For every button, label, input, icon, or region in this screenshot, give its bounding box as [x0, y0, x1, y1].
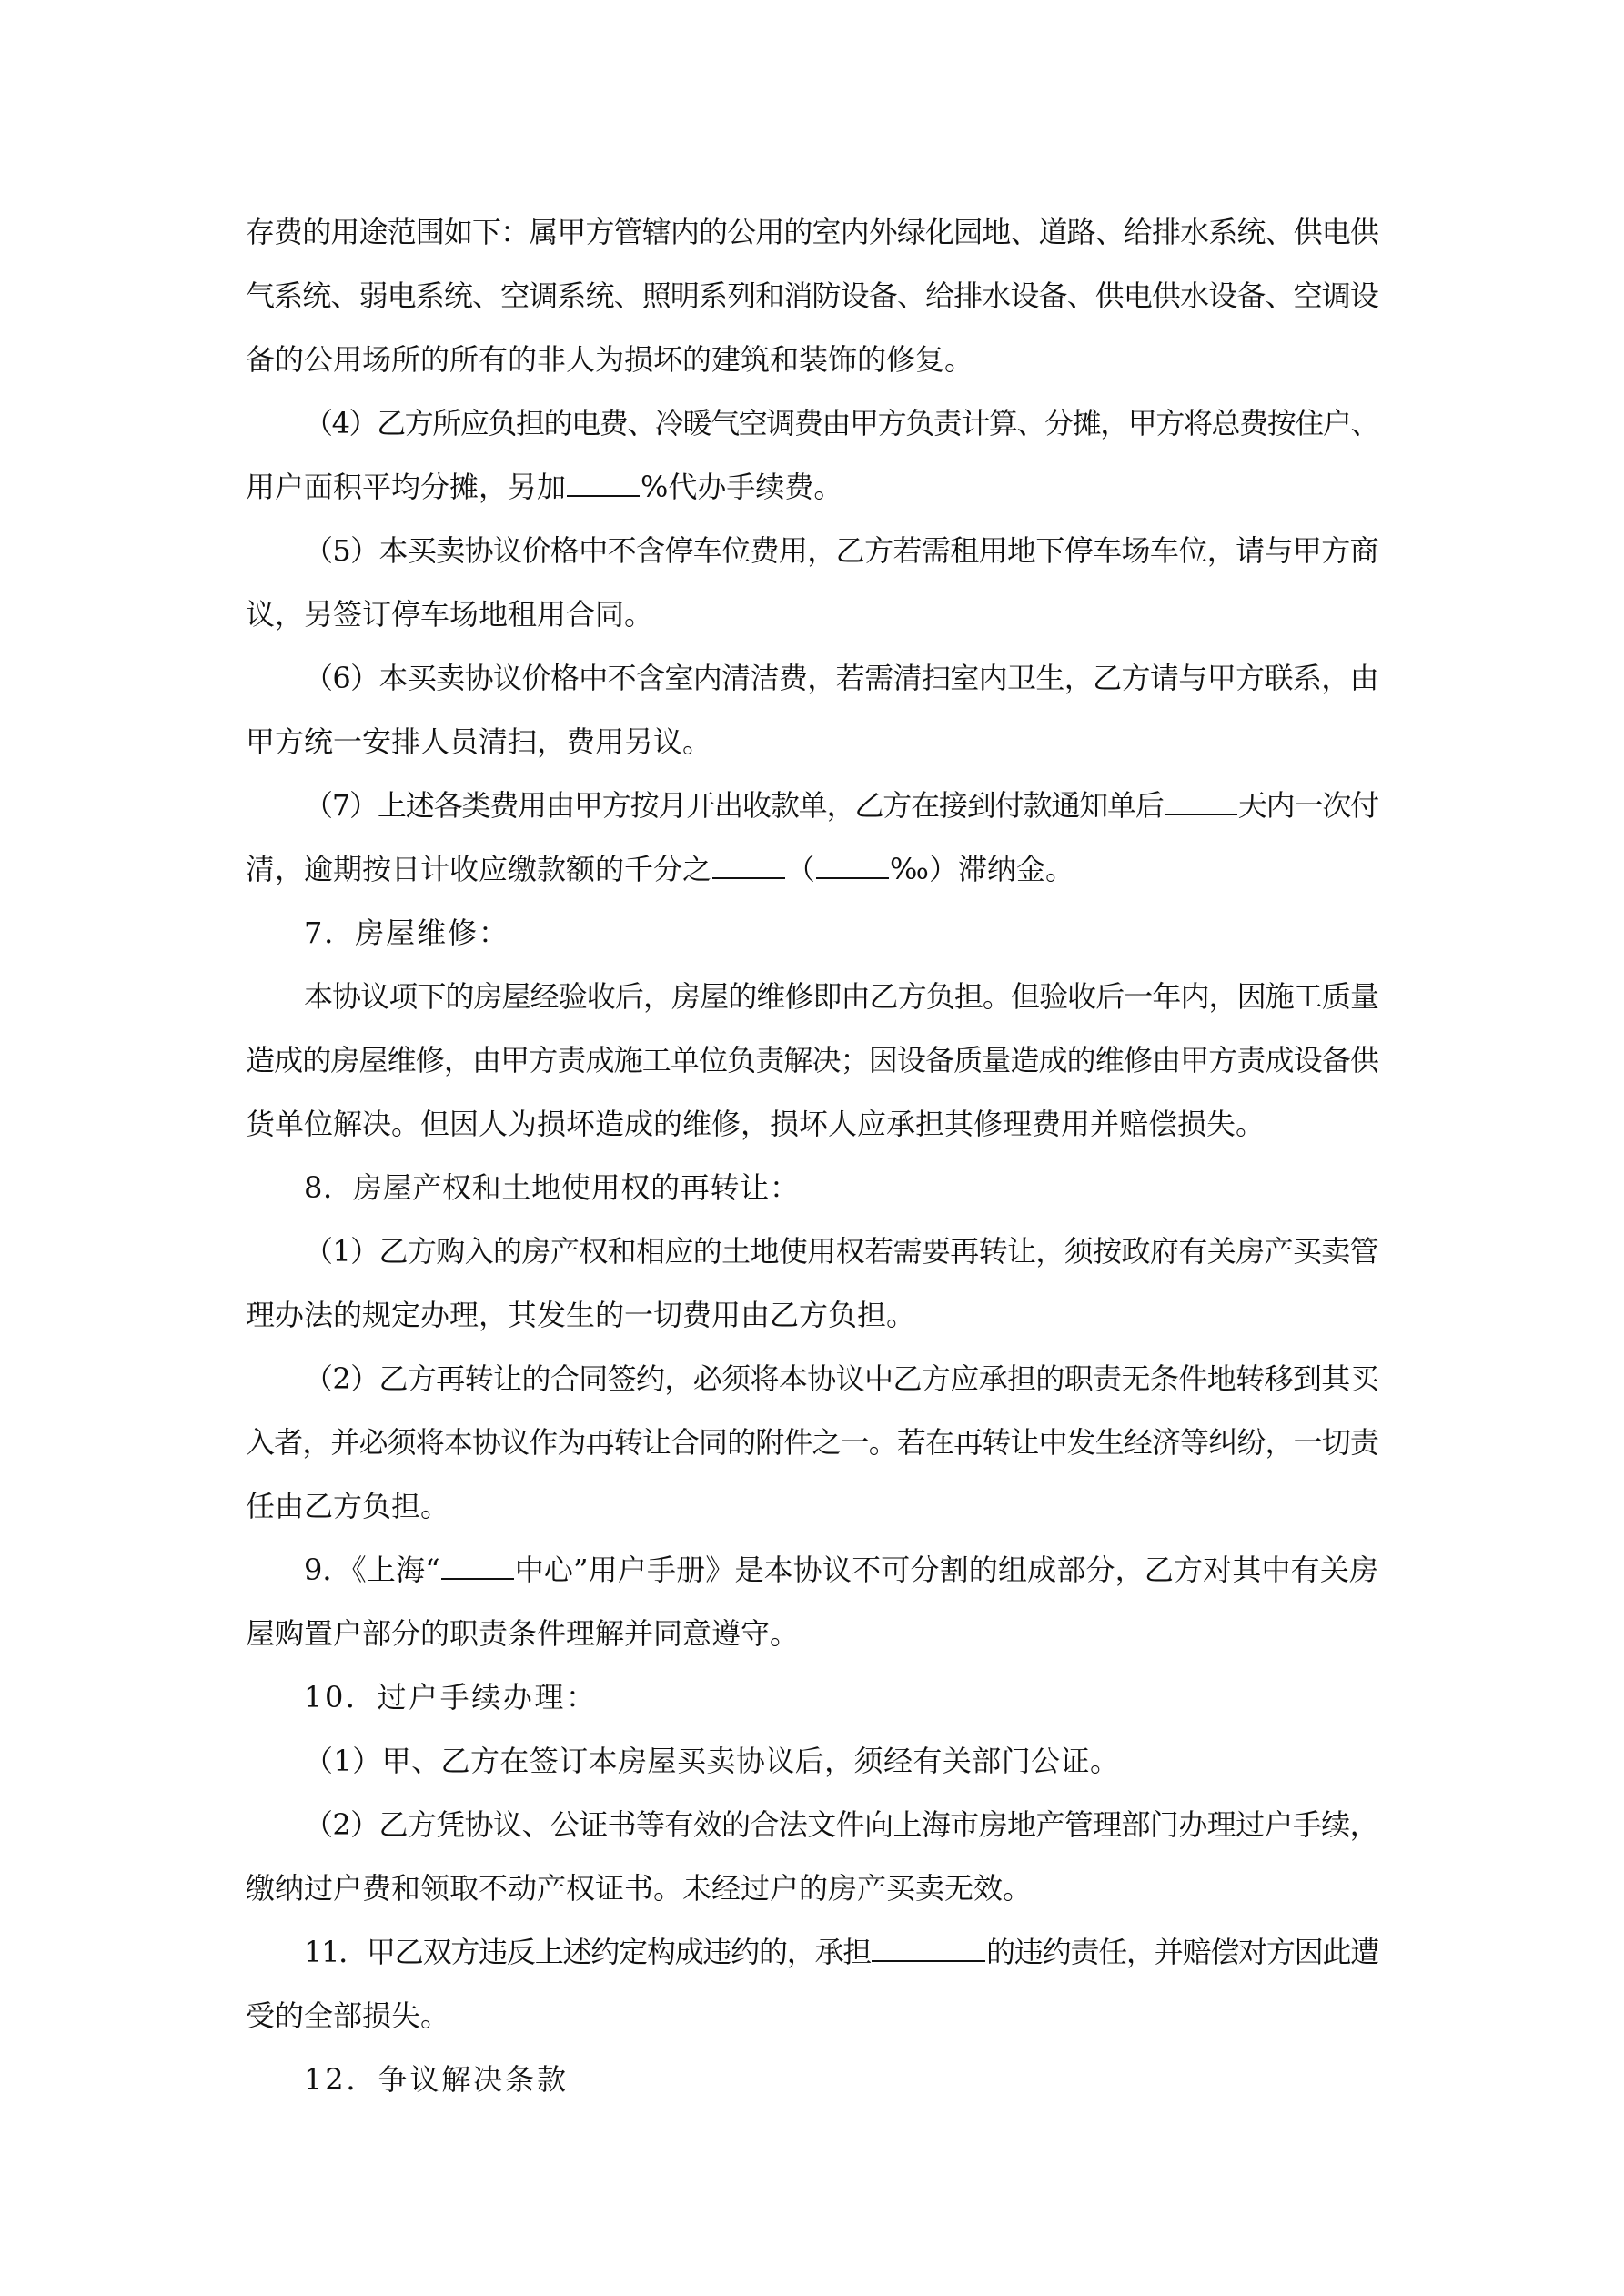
document-line: （4）乙方所应负担的电费、冷暖气空调费由甲方负责计算、分摊，甲方将总费按住户、 — [246, 391, 1378, 455]
document-line: 存费的用途范围如下：属甲方管辖内的公用的室内外绿化园地、道路、给排水系统、供电供 — [246, 200, 1378, 264]
line-text: （7）上述各类费用由甲方按月开出收款单，乙方在接到付款通知单后 — [304, 788, 1164, 823]
line-text: （1）乙方购入的房产权和相应的土地使用权若需要再转让，须按政府有关房产买卖管 — [304, 1234, 1378, 1269]
line-text: 的违约责任，并赔偿对方因此遭 — [986, 1935, 1378, 1969]
line-text: 7．房屋维修： — [304, 915, 509, 950]
line-text: （1）甲、乙方在签订本房屋买卖协议后，须经有关部门公证。 — [304, 1744, 1119, 1778]
document-line: 11．甲乙双方违反上述约定构成违约的，承担的违约责任，并赔偿对方因此遭 — [246, 1920, 1378, 1984]
line-text: （4）乙方所应负担的电费、冷暖气空调费由甲方负责计算、分摊，甲方将总费按住户、 — [304, 406, 1378, 440]
line-text: %代办手续费。 — [641, 470, 842, 504]
document-line: （7）上述各类费用由甲方按月开出收款单，乙方在接到付款通知单后天内一次付 — [246, 774, 1378, 837]
line-text: （2）乙方凭协议、公证书等有效的合法文件向上海市房地产管理部门办理过户手续， — [304, 1807, 1378, 1842]
document-line: 议，另签订停车场地租用合同。 — [246, 582, 1378, 646]
document-line: 12．争议解决条款 — [246, 2048, 1378, 2111]
line-text: 造成的房屋维修，由甲方责成施工单位负责解决；因设备质量造成的维修由甲方责成设备供 — [246, 1043, 1378, 1077]
document-line: （2）乙方凭协议、公证书等有效的合法文件向上海市房地产管理部门办理过户手续， — [246, 1793, 1378, 1856]
line-text: 用户面积平均分摊，另加 — [246, 470, 566, 504]
line-text: （2）乙方再转让的合同签约，必须将本协议中乙方应承担的职责无条件地转移到其买 — [304, 1361, 1378, 1396]
document-line: 7．房屋维修： — [246, 901, 1378, 965]
line-text: 清，逾期按日计收应缴款额的千分之 — [246, 852, 711, 886]
line-text: 存费的用途范围如下：属甲方管辖内的公用的室内外绿化园地、道路、给排水系统、供电供 — [246, 215, 1378, 249]
line-text: 议，另签订停车场地租用合同。 — [246, 597, 653, 632]
document-line: 理办法的规定办理，其发生的一切费用由乙方负担。 — [246, 1283, 1378, 1347]
line-text: （5）本买卖协议价格中不含停车位费用，乙方若需租用地下停车场车位，请与甲方商 — [304, 533, 1378, 568]
line-text: 天内一次付 — [1238, 788, 1378, 823]
fill-in-blank[interactable] — [816, 854, 889, 879]
document-line: 备的公用场所的所有的非人为损坏的建筑和装饰的修复。 — [246, 328, 1378, 391]
line-text: 9．《上海“ — [304, 1553, 440, 1587]
fill-in-blank[interactable] — [872, 1937, 985, 1962]
document-line: 货单位解决。但因人为损坏造成的维修，损坏人应承担其修理费用并赔偿损失。 — [246, 1092, 1378, 1156]
line-text: 气系统、弱电系统、空调系统、照明系列和消防设备、给排水设备、供电供水设备、空调设 — [246, 278, 1378, 313]
line-text: 中心”用户手册》是本协议不可分割的组成部分，乙方对其中有关房 — [515, 1553, 1378, 1587]
document-line: 缴纳过户费和领取不动产权证书。未经过户的房产买卖无效。 — [246, 1856, 1378, 1920]
line-text: 缴纳过户费和领取不动产权证书。未经过户的房产买卖无效。 — [246, 1871, 1032, 1906]
line-text: 受的全部损失。 — [246, 1998, 449, 2033]
fill-in-blank[interactable] — [712, 854, 785, 879]
line-text: 理办法的规定办理，其发生的一切费用由乙方负担。 — [246, 1298, 915, 1332]
line-text: 12．争议解决条款 — [304, 2062, 569, 2097]
document-page: 存费的用途范围如下：属甲方管辖内的公用的室内外绿化园地、道路、给排水系统、供电供… — [246, 200, 1378, 2111]
line-text: ‰）滞纳金。 — [890, 852, 1074, 886]
document-line: 受的全部损失。 — [246, 1984, 1378, 2048]
fill-in-blank[interactable] — [567, 471, 640, 497]
document-line: 10．过户手续办理： — [246, 1665, 1378, 1729]
line-text: 本协议项下的房屋经验收后，房屋的维修即由乙方负担。但验收后一年内，因施工质量 — [304, 979, 1378, 1014]
document-line: 用户面积平均分摊，另加%代办手续费。 — [246, 455, 1378, 519]
line-text: 任由乙方负担。 — [246, 1489, 449, 1523]
fill-in-blank[interactable] — [441, 1554, 514, 1580]
document-line: 8．房屋产权和土地使用权的再转让： — [246, 1156, 1378, 1219]
line-text: 入者，并必须将本协议作为再转让合同的附件之一。若在再转让中发生经济等纠纷，一切责 — [246, 1425, 1378, 1460]
line-text: （ — [786, 852, 815, 886]
document-line: 造成的房屋维修，由甲方责成施工单位负责解决；因设备质量造成的维修由甲方责成设备供 — [246, 1028, 1378, 1092]
document-line: 甲方统一安排人员清扫，费用另议。 — [246, 710, 1378, 774]
line-text: 甲方统一安排人员清扫，费用另议。 — [246, 724, 711, 759]
document-line: 入者，并必须将本协议作为再转让合同的附件之一。若在再转让中发生经济等纠纷，一切责 — [246, 1411, 1378, 1474]
document-line: 9．《上海“中心”用户手册》是本协议不可分割的组成部分，乙方对其中有关房 — [246, 1538, 1378, 1602]
line-text: （6）本买卖协议价格中不含室内清洁费，若需清扫室内卫生，乙方请与甲方联系，由 — [304, 661, 1378, 695]
document-line: 气系统、弱电系统、空调系统、照明系列和消防设备、给排水设备、供电供水设备、空调设 — [246, 264, 1378, 328]
document-line: （1）乙方购入的房产权和相应的土地使用权若需要再转让，须按政府有关房产买卖管 — [246, 1219, 1378, 1283]
line-text: 10．过户手续办理： — [304, 1680, 598, 1714]
fill-in-blank[interactable] — [1165, 790, 1237, 815]
document-line: （5）本买卖协议价格中不含停车位费用，乙方若需租用地下停车场车位，请与甲方商 — [246, 519, 1378, 582]
line-text: 备的公用场所的所有的非人为损坏的建筑和装饰的修复。 — [246, 342, 973, 377]
document-line: （1）甲、乙方在签订本房屋买卖协议后，须经有关部门公证。 — [246, 1729, 1378, 1793]
document-line: 清，逾期按日计收应缴款额的千分之（‰）滞纳金。 — [246, 837, 1378, 901]
line-text: 8．房屋产权和土地使用权的再转让： — [304, 1170, 800, 1205]
document-line: （6）本买卖协议价格中不含室内清洁费，若需清扫室内卫生，乙方请与甲方联系，由 — [246, 646, 1378, 710]
line-text: 屋购置户部分的职责条件理解并同意遵守。 — [246, 1616, 799, 1651]
document-line: 本协议项下的房屋经验收后，房屋的维修即由乙方负担。但验收后一年内，因施工质量 — [246, 965, 1378, 1028]
line-text: 货单位解决。但因人为损坏造成的维修，损坏人应承担其修理费用并赔偿损失。 — [246, 1107, 1265, 1141]
line-text: 11．甲乙双方违反上述约定构成违约的，承担 — [304, 1935, 871, 1969]
document-line: 屋购置户部分的职责条件理解并同意遵守。 — [246, 1602, 1378, 1665]
document-line: （2）乙方再转让的合同签约，必须将本协议中乙方应承担的职责无条件地转移到其买 — [246, 1347, 1378, 1411]
document-line: 任由乙方负担。 — [246, 1474, 1378, 1538]
